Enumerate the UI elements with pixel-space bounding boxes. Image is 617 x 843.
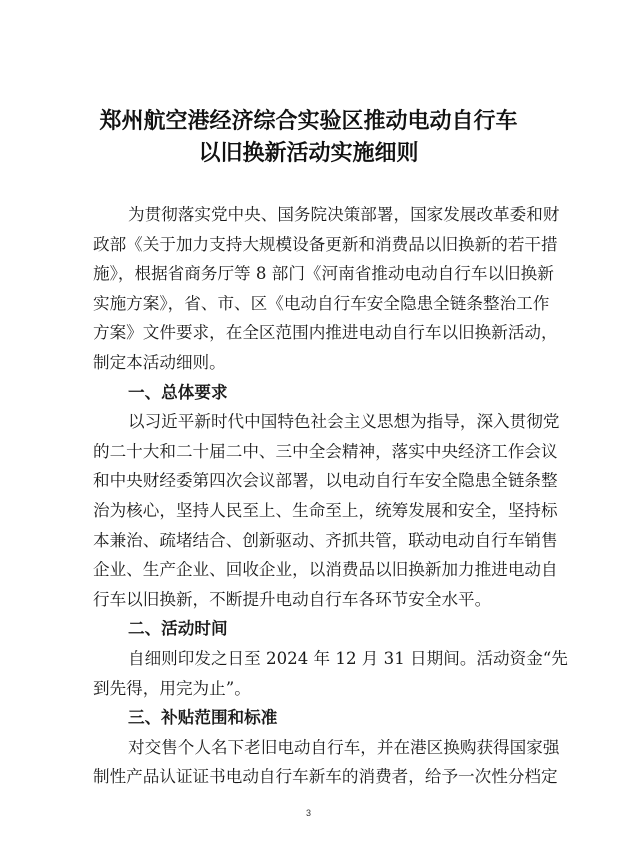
paragraph-2-line-4: 治为核心，坚持人民至上、生命至上，统筹发展和安全，坚持标	[93, 496, 549, 526]
document-body: 为贯彻落实党中央、国务院决策部署，国家发展改革委和财 政部《关于加力支持大规模设…	[93, 200, 549, 792]
paragraph-1-line-1: 为贯彻落实党中央、国务院决策部署，国家发展改革委和财	[93, 200, 549, 230]
paragraph-1-line-5: 方案》文件要求，在全区范围内推进电动自行车以旧换新活动，	[93, 318, 549, 348]
section-heading-general-requirements: 一、总体要求	[93, 378, 549, 408]
paragraph-2-line-1: 以习近平新时代中国特色社会主义思想为指导，深入贯彻党	[93, 407, 549, 437]
paragraph-1-line-2: 政部《关于加力支持大规模设备更新和消费品以旧换新的若干措	[93, 230, 549, 260]
document-title-line-2: 以旧换新活动实施细则	[60, 136, 557, 167]
page-number: 3	[0, 808, 617, 818]
paragraph-2-line-2: 的二十大和二十届二中、三中全会精神，落实中央经济工作会议	[93, 437, 549, 467]
paragraph-3-line-2: 到先得，用完为止”。	[93, 674, 549, 704]
paragraph-2-line-5: 本兼治、疏堵结合、创新驱动、齐抓共管，联动电动自行车销售	[93, 526, 549, 556]
paragraph-1-line-6: 制定本活动细则。	[93, 348, 549, 378]
paragraph-3-line-1: 自细则印发之日至 2024 年 12 月 31 日期间。活动资金“先	[93, 644, 549, 674]
document-title-line-1: 郑州航空港经济综合实验区推动电动自行车	[60, 104, 557, 135]
paragraph-2-line-6: 企业、生产企业、回收企业，以消费品以旧换新加力推进电动自	[93, 555, 549, 585]
paragraph-4-line-2: 制性产品认证证书电动自行车新车的消费者，给予一次性分档定	[93, 762, 549, 792]
document-page: 郑州航空港经济综合实验区推动电动自行车 以旧换新活动实施细则 为贯彻落实党中央、…	[0, 0, 617, 843]
paragraph-4-line-1: 对交售个人名下老旧电动自行车，并在港区换购获得国家强	[93, 733, 549, 763]
section-heading-subsidy-scope: 三、补贴范围和标准	[93, 703, 549, 733]
section-heading-activity-time: 二、活动时间	[93, 614, 549, 644]
paragraph-2-line-3: 和中央财经委第四次会议部署，以电动自行车安全隐患全链条整	[93, 466, 549, 496]
paragraph-1-line-3: 施》，根据省商务厅等 8 部门《河南省推动电动自行车以旧换新	[93, 259, 549, 289]
paragraph-2-line-7: 行车以旧换新，不断提升电动自行车各环节安全水平。	[93, 585, 549, 615]
paragraph-1-line-4: 实施方案》，省、市、区《电动自行车安全隐患全链条整治工作	[93, 289, 549, 319]
